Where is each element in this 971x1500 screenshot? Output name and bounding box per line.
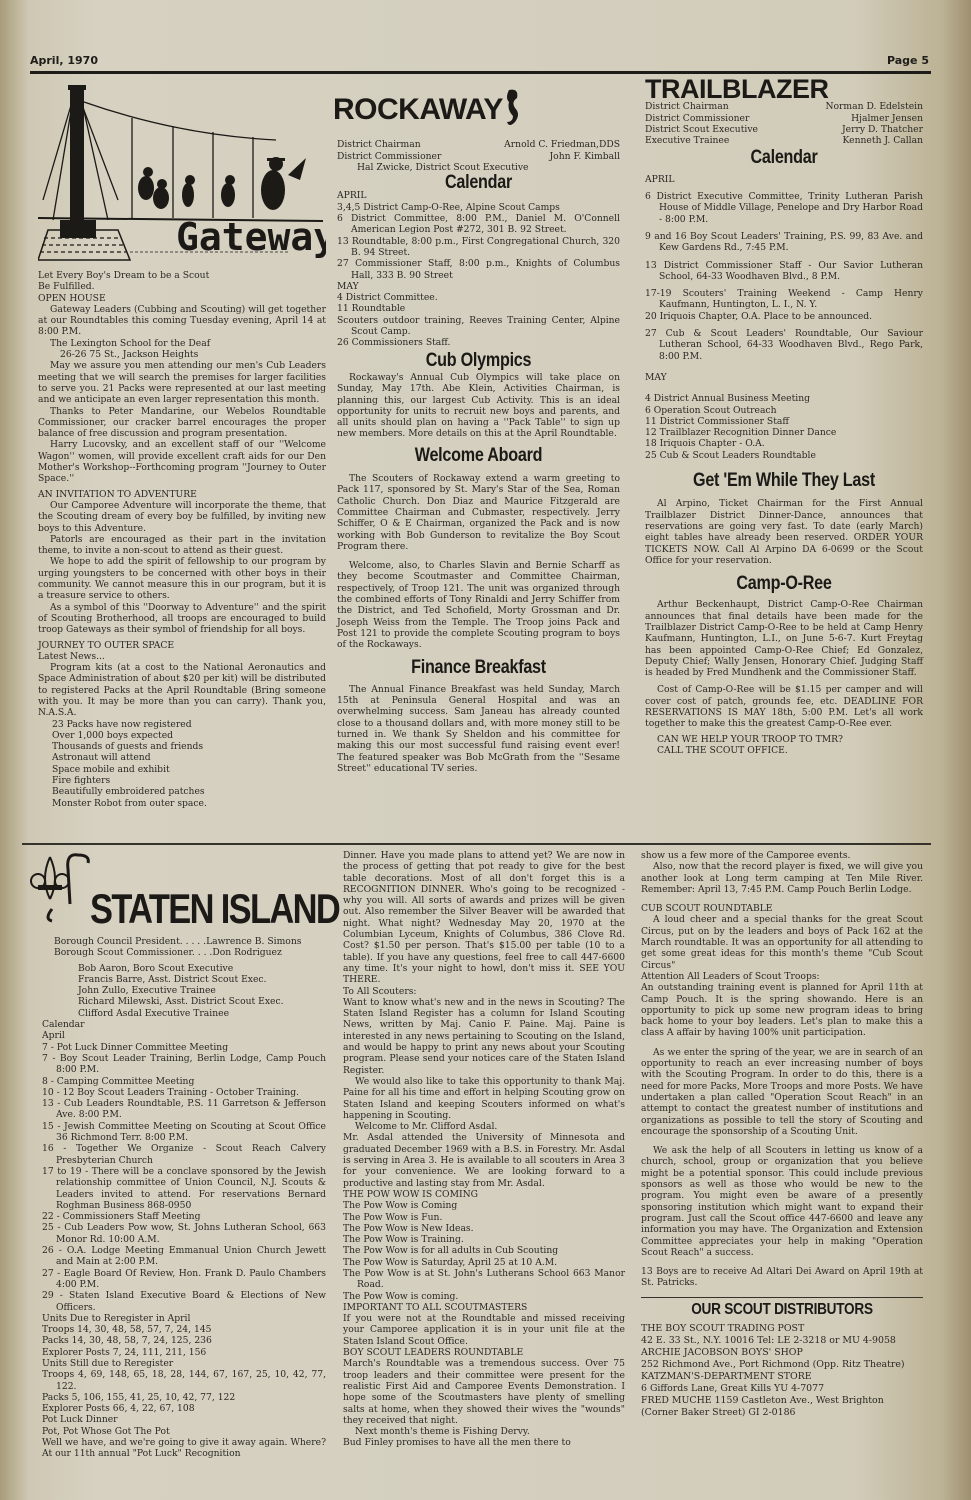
staff-role: Executive Trainee [645, 135, 729, 146]
gateway-slogan-1: Let Every Boy's Dream to be a Scout [38, 270, 326, 281]
distributors-rule [641, 1297, 923, 1298]
staten-staff-list: Bob Aaron, Boro Scout ExecutiveFrancis B… [42, 963, 326, 1019]
calendar-item: 20 Iriquois Chapter, O.A. Place to be an… [645, 311, 923, 322]
units-line: Explorer Posts 7, 24, 111, 211, 156 [42, 1347, 326, 1358]
pow-wow-line: THE POW WOW IS COMING [343, 1189, 625, 1200]
record-player-text: Also, now that the record player is fixe… [641, 861, 923, 895]
camp-o-ree-heading: Camp-O-Ree [666, 578, 902, 589]
units-line: Pot, Pot Whose Got The Pot [42, 1426, 326, 1437]
rockaway-april-list: 3,4,5 District Camp-O-Ree, Alpine Scout … [337, 202, 620, 281]
welcome-aboard-p2: Welcome, also, to Charles Slavin and Ber… [337, 560, 620, 650]
rockaway-comm-label: District Commissioner [337, 151, 441, 162]
gateway-p1: Gateway Leaders (Cubbing and Scouting) w… [38, 304, 326, 338]
distributor-line: ARCHIE JACOBSON BOYS' SHOP [641, 1347, 923, 1359]
rockaway-may-label: MAY [337, 281, 620, 292]
rockaway-masthead: ROCKAWAY [333, 104, 503, 115]
bridge-scouts-illustration-icon: Gateway [38, 80, 326, 270]
gateway-logo-text: Gateway [176, 215, 326, 259]
csr-text: A loud cheer and a special thanks for th… [641, 914, 923, 970]
staff-item: Bob Aaron, Boro Scout Executive [78, 963, 326, 974]
staff-item: Clifford Asdal Executive Trainee [78, 1008, 326, 1019]
important-text: If you were not at the Roundtable and mi… [343, 1313, 625, 1347]
calendar-item: 6 District Executive Committee, Trinity … [645, 191, 923, 225]
staten-island-masthead: STATEN ISLAND [90, 888, 339, 930]
staff-name: Kenneth J. Callan [843, 135, 923, 146]
staff-name: Jerry D. Thatcher [842, 124, 923, 135]
important-heading: IMPORTANT TO ALL SCOUTMASTERS [343, 1302, 625, 1313]
calendar-item: 6 District Committee, 8:00 P.M., Daniel … [337, 213, 620, 236]
camporee-events-text: show us a few more of the Camporee event… [641, 850, 923, 861]
calendar-item: 27 Cub & Scout Leaders' Roundtable, Our … [645, 328, 923, 362]
potluck-intro: Well we have, and we're going to give it… [42, 1437, 326, 1460]
list-item: Fire fighters [52, 775, 326, 786]
gateway-p4: Harry Lucovsky, and an excellent staff o… [38, 439, 326, 484]
distributor-line: 42 E. 33 St., N.Y. 10016 Tel: LE 2-3218 … [641, 1335, 923, 1347]
cub-olympics-heading: Cub Olympics [358, 355, 599, 366]
gateway-p6: Patorls are encouraged as their part in … [38, 534, 326, 557]
scout-commissioner-name: Don Rodriguez [212, 947, 281, 958]
calendar-item: 11 District Commissioner Staff [645, 416, 923, 427]
units-line: Packs 5, 106, 155, 41, 25, 10, 42, 77, 1… [42, 1392, 326, 1403]
units-line: Units Still due to Reregister [42, 1358, 326, 1369]
distributor-line: THE BOY SCOUT TRADING POST [641, 1323, 923, 1335]
calendar-item: 26 Commissioners Staff. [337, 337, 620, 348]
staff-item: Francis Barre, Asst. District Scout Exec… [78, 974, 326, 985]
list-item: Beautifully embroidered patches [52, 786, 326, 797]
page-number: Page 5 [887, 54, 929, 67]
calendar-item: 11 Roundtable [337, 303, 620, 314]
gateway-p9: Program kits (at a cost to the National … [38, 662, 326, 718]
sponsor-help-text: We ask the help of all Scouters in letti… [641, 1145, 923, 1258]
section-divider [22, 843, 931, 845]
calendar-item: 3,4,5 District Camp-O-Ree, Alpine Scout … [337, 202, 620, 213]
calendar-item: 13 - Cub Leaders Roundtable, P.S. 11 Gar… [42, 1098, 326, 1121]
calendar-item: 25 Cub & Scout Leaders Roundtable [645, 450, 923, 461]
trailblazer-staff-list: District ChairmanNorman D. EdelsteinDist… [645, 101, 923, 146]
gateway-p2: May we assure you men attending our men'… [38, 360, 326, 405]
bslr-text: March's Roundtable was a tremendous succ… [343, 1358, 625, 1426]
rockaway-chair-name: Arnold C. Friedman,DDS [504, 139, 620, 150]
list-item: Thousands of guests and friends [52, 741, 326, 752]
staten-island-col3: show us a few more of the Camporee event… [641, 850, 923, 1419]
distributor-line: FRED MUCHE 1159 Castleton Ave., West Bri… [641, 1395, 923, 1407]
rockaway-section: ROCKAWAY District ChairmanArnold C. Frie… [337, 88, 620, 774]
pow-wow-line: The Pow Wow is coming. [343, 1291, 625, 1302]
help-line-2: CALL THE SCOUT OFFICE. [645, 745, 923, 756]
staff-role: District Scout Executive [645, 124, 758, 135]
pow-wow-line: The Pow Wow is New Ideas. [343, 1223, 625, 1234]
bslr-heading: BOY SCOUT LEADERS ROUNDTABLE [343, 1347, 625, 1358]
distributors-heading: OUR SCOUT DISTRIBUTORS [662, 1304, 902, 1315]
trailblazer-may-label: MAY [645, 372, 923, 383]
units-line: Packs 14, 30, 48, 58, 7, 24, 125, 236 [42, 1335, 326, 1346]
pow-wow-line: The Pow Wow is Saturday, April 25 at 10 … [343, 1257, 625, 1268]
distributor-line: 6 Giffords Lane, Great Kills YU 4-7077 [641, 1383, 923, 1395]
staff-item: Richard Milewski, Asst. District Scout E… [78, 996, 326, 1007]
gateway-slogan-2: Be Fulfilled. [38, 281, 326, 292]
welcome-aboard-p1: The Scouters of Rockaway extend a warm g… [337, 473, 620, 552]
list-item: Space mobile and exhibit [52, 764, 326, 775]
scout-commissioner-label: Borough Scout Commissioner. . . . [54, 947, 212, 958]
rockaway-comm-name: John F. Kimball [549, 151, 620, 162]
camp-o-ree-p1: Arthur Beckenhaupt, District Camp-O-Ree … [645, 599, 923, 678]
trailblazer-section: TRAILBLAZER District ChairmanNorman D. E… [645, 84, 923, 756]
distributor-line: (Corner Baker Street) GI 2-0186 [641, 1407, 923, 1419]
list-item: Monster Robot from outer space. [52, 798, 326, 809]
calendar-item: 9 and 16 Boy Scout Leaders' Training, P.… [645, 231, 923, 254]
asdal-bio-text: Mr. Asdal attended the University of Min… [343, 1132, 625, 1188]
trailblazer-april-label: APRIL [645, 174, 923, 185]
gateway-venue-1: The Lexington School for the Deaf [38, 338, 326, 349]
calendar-item: 13 Roundtable, 8:00 p.m., First Congrega… [337, 236, 620, 259]
calendar-item: 7 - Boy Scout Leader Training, Berlin Lo… [42, 1053, 326, 1076]
welcome-aboard-heading: Welcome Aboard [358, 450, 599, 461]
calendar-item: 17-19 Scouters' Training Weekend - Camp … [645, 288, 923, 311]
staten-april-label: April [42, 1030, 326, 1041]
calendar-item: Scouters outdoor training, Reeves Traini… [337, 315, 620, 338]
gateway-venue-2: 26-26 75 St., Jackson Heights [38, 349, 326, 360]
potluck-details: Dinner. Have you made plans to attend ye… [343, 850, 625, 986]
journey-heading: JOURNEY TO OUTER SPACE [38, 640, 326, 651]
open-house-heading: OPEN HOUSE [38, 293, 326, 304]
next-month-theme: Next month's theme is Fishing Dervy. [343, 1426, 625, 1437]
staff-role: District Commissioner [645, 113, 749, 124]
help-line-1: CAN WE HELP YOUR TROOP TO TMR? [645, 734, 923, 745]
trailblazer-calendar-heading: Calendar [666, 152, 902, 163]
csr-heading: CUB SCOUT ROUNDTABLE [641, 903, 923, 914]
calendar-item: 16 - Together We Organize - Scout Reach … [42, 1143, 326, 1166]
calendar-item: 12 Trailblazer Recognition Dinner Dance [645, 427, 923, 438]
staten-island-section: STATEN ISLAND Borough Council President.… [42, 850, 326, 1460]
finance-breakfast-text: The Annual Finance Breakfast was held Su… [337, 684, 620, 774]
finance-breakfast-heading: Finance Breakfast [358, 662, 599, 673]
staff-row: District CommissionerHjalmer Jensen [645, 113, 923, 124]
calendar-item: 29 - Staten Island Executive Board & Ele… [42, 1290, 326, 1313]
attention-heading: Attention All Leaders of Scout Troops: [641, 971, 923, 982]
staten-island-col2: Dinner. Have you made plans to attend ye… [343, 850, 625, 1449]
reregister-units-list: Units Due to Reregister in AprilTroops 1… [42, 1313, 326, 1437]
rockaway-chair-label: District Chairman [337, 139, 421, 150]
staff-role: District Chairman [645, 101, 729, 112]
cub-olympics-text: Rockaway's Annual Cub Olympics will take… [337, 372, 620, 440]
list-item: 23 Packs have now registered [52, 719, 326, 730]
ad-altari-dei-text: 13 Boys are to receive Ad Altari Dei Awa… [641, 1266, 923, 1289]
units-line: Pot Luck Dinner [42, 1414, 326, 1425]
calendar-item: 4 District Committee. [337, 292, 620, 303]
units-line: Units Due to Reregister in April [42, 1313, 326, 1324]
trailblazer-may-list: 4 District Annual Business Meeting6 Oper… [645, 393, 923, 461]
pow-wow-line: The Pow Wow is at St. John's Lutherans S… [343, 1268, 625, 1291]
trailblazer-masthead: TRAILBLAZER [645, 84, 923, 95]
calendar-item: 17 to 19 - There will be a conclave spon… [42, 1166, 326, 1211]
calendar-item: 27 - Eagle Board Of Review, Hon. Frank D… [42, 1268, 326, 1291]
list-item: Astronaut will attend [52, 752, 326, 763]
staff-item: John Zullo, Executive Trainee [78, 985, 326, 996]
latest-news-label: Latest News... [38, 651, 326, 662]
distributors-list: THE BOY SCOUT TRADING POST42 E. 33 St., … [641, 1323, 923, 1419]
staff-row: District Scout ExecutiveJerry D. Thatche… [645, 124, 923, 135]
calendar-item: 27 Commissioner Staff, 8:00 p.m., Knight… [337, 258, 620, 281]
rockaway-calendar-heading: Calendar [358, 177, 599, 188]
thanks-paine-text: We would also like to take this opportun… [343, 1076, 625, 1121]
gateway-p3: Thanks to Peter Mandarine, our Webelos R… [38, 406, 326, 440]
staff-name: Hjalmer Jensen [851, 113, 923, 124]
calendar-item: 22 - Commissioners Staff Meeting [42, 1211, 326, 1222]
pow-wow-list: THE POW WOW IS COMINGThe Pow Wow is Comi… [343, 1189, 625, 1302]
staten-calendar-label: Calendar [42, 1019, 326, 1030]
scout-reach-text: As we enter the spring of the year, we a… [641, 1047, 923, 1137]
trailblazer-april-list: 6 District Executive Committee, Trinity … [645, 191, 923, 362]
staff-name: Norman D. Edelstein [825, 101, 923, 112]
welcome-asdal-heading: Welcome to Mr. Clifford Asdal. [343, 1121, 625, 1132]
calendar-item: 8 - Camping Committee Meeting [42, 1076, 326, 1087]
units-line: Troops 4, 69, 148, 65, 18, 28, 144, 67, … [42, 1369, 326, 1392]
issue-date: April, 1970 [30, 54, 98, 67]
gateway-p8: As a symbol of this ''Doorway to Adventu… [38, 602, 326, 636]
staff-row: Executive TraineeKenneth J. Callan [645, 135, 923, 146]
gateway-p7: We hope to add the spirit of fellowship … [38, 556, 326, 601]
units-line: Troops 14, 30, 48, 58, 57, 7, 24, 145 [42, 1324, 326, 1335]
calendar-item: 15 - Jewish Committee Meeting on Scoutin… [42, 1121, 326, 1144]
invitation-heading: AN INVITATION TO ADVENTURE [38, 489, 326, 500]
calendar-item: 26 - O.A. Lodge Meeting Emmanual Union C… [42, 1245, 326, 1268]
bud-finley-text: Bud Finley promises to have all the men … [343, 1437, 625, 1448]
calendar-item: 7 - Pot Luck Dinner Committee Meeting [42, 1042, 326, 1053]
council-president-label: Borough Council President. . . . . [54, 936, 206, 947]
rockaway-may-list: 4 District Committee.11 RoundtableScoute… [337, 292, 620, 348]
units-line: Explorer Posts 66, 4, 22, 67, 108 [42, 1403, 326, 1414]
gateway-p5: Our Camporee Adventure will incorporate … [38, 500, 326, 534]
journey-highlights-list: 23 Packs have now registeredOver 1,000 b… [38, 719, 326, 809]
tickets-text: Al Arpino, Ticket Chairman for the First… [645, 498, 923, 566]
fleur-de-lis-icon [30, 849, 90, 930]
pow-wow-line: The Pow Wow is for all adults in Cub Sco… [343, 1245, 625, 1256]
calendar-item: 13 District Commissioner Staff - Our Sav… [645, 260, 923, 283]
get-em-heading: Get 'Em While They Last [666, 475, 902, 486]
council-president-name: Lawrence B. Simons [206, 936, 301, 947]
distributor-line: KATZMAN'S-DEPARTMENT STORE [641, 1371, 923, 1383]
pow-wow-line: The Pow Wow is Fun. [343, 1212, 625, 1223]
seahorse-icon [503, 88, 523, 131]
distributor-line: 252 Richmond Ave., Port Richmond (Opp. R… [641, 1359, 923, 1371]
staten-april-list: 7 - Pot Luck Dinner Committee Meeting7 -… [42, 1042, 326, 1313]
pow-wow-line: The Pow Wow is Coming [343, 1200, 625, 1211]
showando-text: An outstanding training event is planned… [641, 982, 923, 1038]
calendar-item: 10 - 12 Boy Scout Leaders Training - Oct… [42, 1087, 326, 1098]
calendar-item: 4 District Annual Business Meeting [645, 393, 923, 404]
list-item: Over 1,000 boys expected [52, 730, 326, 741]
calendar-item: 18 Iriquois Chapter - O.A. [645, 438, 923, 449]
gateway-section: Gateway Let Every Boy's Dream to be a Sc… [38, 80, 326, 809]
pow-wow-line: The Pow Wow is Training. [343, 1234, 625, 1245]
calendar-item: 25 - Cub Leaders Pow wow, St. Johns Luth… [42, 1222, 326, 1245]
calendar-item: 6 Operation Scout Outreach [645, 405, 923, 416]
camp-o-ree-p2: Cost of Camp-O-Ree will be $1.15 per cam… [645, 684, 923, 729]
to-all-scouters: To All Scouters: [343, 986, 625, 997]
register-column-text: Want to know what's new and in the news … [343, 997, 625, 1076]
